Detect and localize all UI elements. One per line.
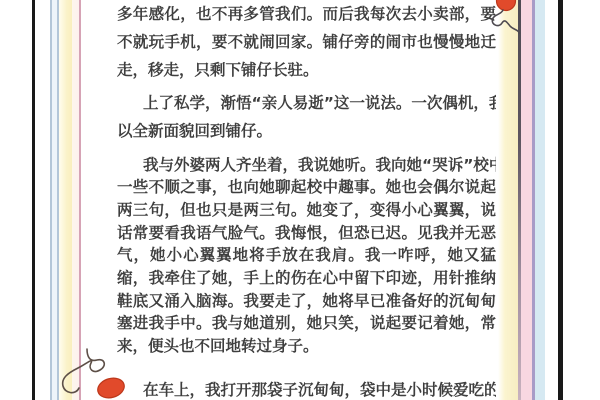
right-yellow-band <box>498 0 518 400</box>
text-line: 两三句，但也只是两三句。她变了，变得小心翼翼，说 <box>117 199 496 222</box>
text-line: 来，便头也不回地转过身子。 <box>117 335 496 358</box>
paragraph: 上了私学，渐悟“亲人易逝”这一说法。一次偶机，我以全新面貌回到铺仔。 <box>117 89 496 145</box>
paragraph: 我与外婆两人齐坐着，我说她听。我向她“哭诉”校中一些不顺之事，也向她聊起校中趣事… <box>117 154 496 358</box>
document-page: 多年感化，也不再多管我们。而后我每次去小卖部，要不就玩手机，要不就闹回家。铺仔旁… <box>0 0 600 400</box>
left-yellow-band <box>59 0 72 400</box>
text-line: 我与外婆两人齐坐着，我说她听。我向她“哭诉”校中 <box>117 154 496 177</box>
essay-text: 多年感化，也不再多管我们。而后我每次去小卖部，要不就玩手机，要不就闹回家。铺仔旁… <box>117 0 496 400</box>
text-line: 塞进我手中。我与她道别，她只笑，说起要记着她，常 <box>117 312 496 335</box>
left-pink-line <box>79 0 82 400</box>
text-line: 缩，我牵住了她，手上的伤在心中留下印迹，用针推纳 <box>117 267 496 290</box>
text-line: 话常要看我语气脸气。我悔恨，但恐已迟。见我并无恶 <box>117 222 496 245</box>
text-line: 不就玩手机，要不就闹回家。铺仔旁的闹市也慢慢地迁 <box>117 28 496 56</box>
left-black-line <box>32 0 35 400</box>
text-line: 走，移走，只剩下铺仔长驻。 <box>117 56 496 84</box>
paragraph: 多年感化，也不再多管我们。而后我每次去小卖部，要不就玩手机，要不就闹回家。铺仔旁… <box>117 0 496 84</box>
text-line: 在车上，我打开那袋子沉甸甸，袋中是小时候爱吃的 <box>117 376 496 400</box>
text-line: 上了私学，渐悟“亲人易逝”这一说法。一次偶机，我 <box>117 89 496 117</box>
text-line: 一些不顺之事，也向她聊起校中趣事。她也会偶尔说起 <box>117 176 496 199</box>
text-line: 气，她小心翼翼地将手放在我肩。我一咋呼，她又猛 <box>117 244 496 267</box>
right-blue-band <box>535 0 546 400</box>
text-line: 鞋底又涌入脑海。我要走了，她将早已准备好的沉甸甸 <box>117 290 496 313</box>
right-pink-band <box>521 0 532 400</box>
paragraph: 在车上，我打开那袋子沉甸甸，袋中是小时候爱吃的 <box>117 376 496 400</box>
left-fade-band <box>72 0 79 400</box>
right-white-band <box>545 0 558 400</box>
right-black-line <box>558 0 563 400</box>
left-blue-line-1 <box>50 0 52 400</box>
text-line: 多年感化，也不再多管我们。而后我每次去小卖部，要 <box>117 0 496 28</box>
text-line: 以全新面貌回到铺仔。 <box>117 117 496 145</box>
